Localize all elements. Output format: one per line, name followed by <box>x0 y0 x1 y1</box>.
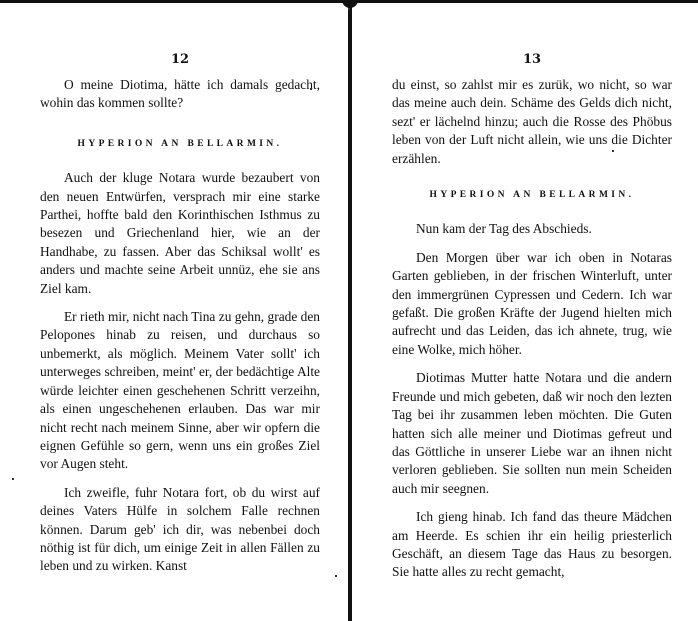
paragraph: Nun kam der Tag des Abschieds. <box>392 220 672 238</box>
paragraph: Den Morgen über war ich oben in Notaras … <box>392 249 672 359</box>
section-heading: HYPERION AN BELLARMIN. <box>40 135 320 153</box>
scan-speck <box>335 575 337 577</box>
section-heading: HYPERION AN BELLARMIN. <box>392 186 672 204</box>
scan-speck <box>310 88 312 90</box>
page-number: 12 <box>40 52 320 67</box>
paragraph: O meine Diotima, hätte ich damals gedach… <box>40 76 320 113</box>
page-body: O meine Diotima, hätte ich damals gedach… <box>40 76 320 586</box>
book-spread: 12 O meine Diotima, hätte ich damals ged… <box>0 0 698 621</box>
gutter-fold <box>342 0 358 8</box>
paragraph: du einst, so zahlst mir es zurük, wo nic… <box>392 76 672 168</box>
scan-speck <box>348 8 350 10</box>
paragraph: Ich gieng hinab. Ich fand das theure Mäd… <box>392 508 672 582</box>
page-body: du einst, so zahlst mir es zurük, wo nic… <box>392 76 672 592</box>
paragraph: Ich zweifle, fuhr Notara fort, ob du wir… <box>40 484 320 576</box>
book-gutter <box>348 0 352 621</box>
paragraph: Diotimas Mutter hatte Notara und die and… <box>392 369 672 498</box>
paragraph: Er rieth mir, nicht nach Tina zu gehn, g… <box>40 308 320 474</box>
paragraph: Auch der kluge Notara wurde bezaubert vo… <box>40 169 320 298</box>
scan-speck <box>12 478 14 480</box>
scan-speck <box>612 150 614 152</box>
page-number: 13 <box>392 52 672 67</box>
